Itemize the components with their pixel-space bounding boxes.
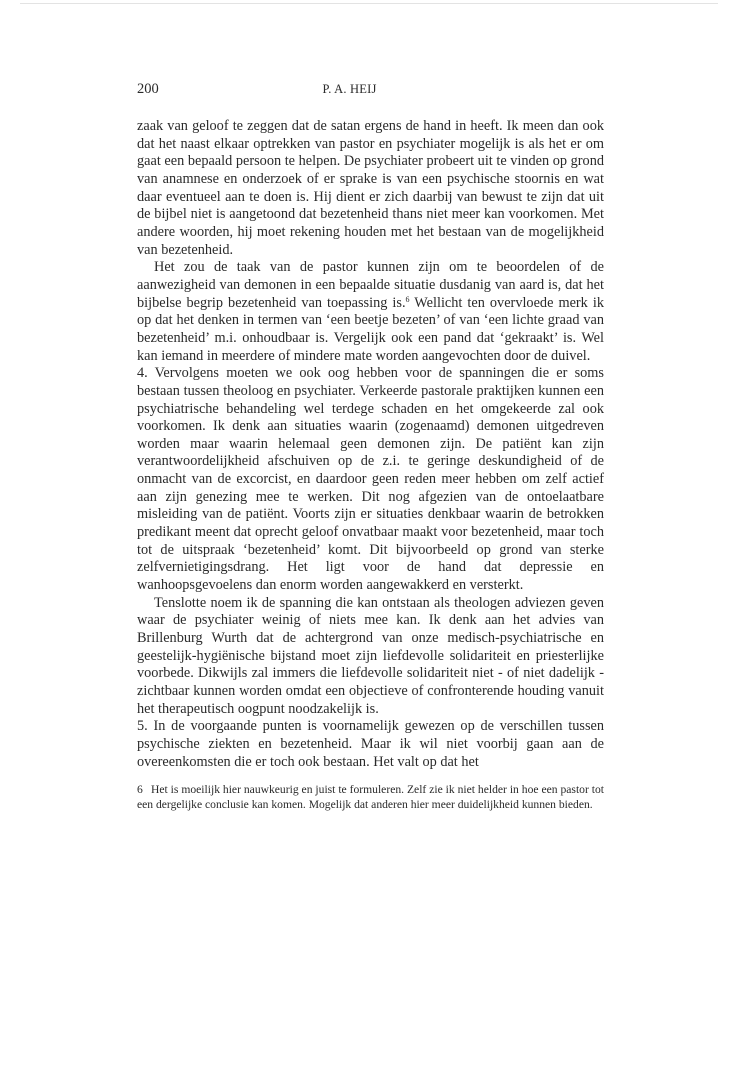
running-head: 200 P. A. HEIJ [137, 78, 604, 100]
running-head-author: P. A. HEIJ [137, 78, 604, 100]
paragraph-5-point-5: 5. In de voorgaande punten is voornameli… [137, 718, 604, 771]
body-text: zaak van geloof te zeggen dat de satan e… [137, 118, 604, 771]
paragraph-2: Het zou de taak van de pastor kunnen zij… [137, 259, 604, 365]
paragraph-1: zaak van geloof te zeggen dat de satan e… [137, 118, 604, 259]
paragraph-3-point-4: 4. Vervolgens moeten we ook oog hebben v… [137, 365, 604, 595]
book-page: 200 P. A. HEIJ zaak van geloof te zeggen… [137, 78, 604, 812]
scan-top-edge [20, 3, 718, 4]
footnote-number: 6 [137, 783, 151, 797]
footnotes: 6Het is moeilijk hier nauwkeurig en juis… [137, 783, 604, 812]
paragraph-4: Tenslotte noem ik de spanning die kan on… [137, 595, 604, 719]
footnote-text: Het is moeilijk hier nauwkeurig en juist… [137, 783, 604, 810]
footnote-6: 6Het is moeilijk hier nauwkeurig en juis… [137, 783, 604, 812]
